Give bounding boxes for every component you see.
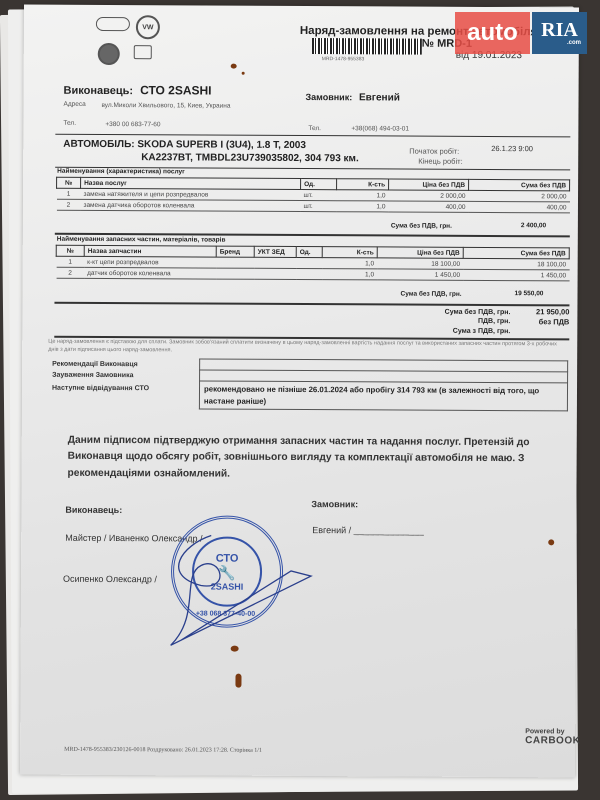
end-label: Кінець робіт: [418, 157, 463, 166]
sum-no-vat-label: Сума без ПДВ, грн. [400, 308, 510, 318]
brand-logos: VW [96, 17, 166, 75]
parts-total-label: Сума без ПДВ, грн. [400, 291, 461, 298]
col-number: № [57, 177, 81, 188]
recommendation-row: Наступне відвідування СТО рекомендовано … [48, 380, 568, 411]
contractor-name: СТО 2SASHI [140, 83, 211, 97]
sum-no-vat: 21 950,00 [512, 307, 569, 317]
grand-total-values: 21 950,00 без ПДВ [512, 307, 569, 328]
work-order-document: VW Наряд-замовлення на ремонт автомобіля… [20, 5, 579, 778]
vehicle-line2: KA2237BT, TMBDL23U739035802, 304 793 км. [141, 152, 359, 164]
print-info: MRD-1478-955383/230126-0018 Роздруковано… [64, 747, 262, 754]
recommendations-table: Рекомендації Виконавця Зауваження Замовн… [48, 358, 568, 412]
address-value: вул.Миколи Хвильового, 15, Киев, Украина [101, 102, 230, 110]
stain [231, 64, 237, 69]
parts-section-title: Найменування запасних частин, матеріалів… [57, 236, 226, 244]
contractor-label: Виконавець: [64, 85, 134, 97]
customer-name: Евгений [359, 92, 400, 103]
col-price: Ціна без ПДВ [377, 247, 463, 258]
contractor-block: Виконавець: СТО 2SASHI [64, 83, 212, 98]
parts-total: 19 550,00 [514, 290, 543, 297]
payment-notice: Це наряд-замовлення є підставою для спла… [48, 338, 568, 357]
parts-table: № Назва запчастин Бренд УКТ ЗЕД Од. К-ст… [56, 245, 570, 282]
col-qty: К-сть [322, 247, 377, 258]
confirmation-text: Даним підписом підтверджую отримання зап… [68, 433, 578, 485]
sum-with-vat-label: Сума з ПДВ, грн. [400, 326, 510, 336]
autoria-watermark-ria: RIA .com [532, 12, 587, 54]
divider [55, 134, 570, 138]
grand-total-labels: Сума без ПДВ, грн. ПДВ, грн. Сума з ПДВ,… [400, 308, 510, 337]
stain [242, 72, 245, 75]
customer-block: Замовник: Евгений [306, 92, 400, 103]
vw-logo-icon: VW [136, 15, 160, 39]
divider [54, 302, 569, 307]
contractor-phone: +380 00 683-77-60 [105, 121, 160, 128]
ria-domain: .com [567, 40, 581, 46]
col-sum: Сума без ПДВ [463, 247, 569, 259]
services-table: № Назва послуг Од. К-сть Ціна без ПДВ Су… [56, 177, 570, 214]
col-qty: К-сть [337, 179, 389, 190]
vehicle-line1: АВТОМОБІЛЬ: SKODA SUPERB I (3U4), 1.8 T,… [63, 139, 306, 151]
services-section-title: Найменування (характеристика) послуг [57, 168, 185, 176]
customer-phone-label: Тел. [308, 125, 321, 132]
powered-by: Powered by CARBOOK [525, 728, 580, 746]
col-ukt-zed: УКТ ЗЕД [254, 246, 296, 257]
services-total-label: Сума без ПДВ, грн. [391, 222, 452, 229]
customer-phone: +38(068) 494-03-01 [351, 125, 409, 132]
carbook-logo: CARBOOK [525, 735, 580, 746]
col-sum: Сума без ПДВ [469, 179, 570, 191]
col-price: Ціна без ПДВ [389, 179, 469, 190]
start-value: 26.1.23 9:00 [491, 144, 533, 153]
table-row: 2 датчик оборотов коленвала 1,0 1 450,00… [56, 267, 569, 281]
table-row: 2 замена датчика оборотов коленвала шт. … [56, 199, 569, 213]
start-label: Початок робіт: [409, 147, 459, 156]
vat-label: ПДВ, грн. [400, 317, 510, 327]
services-total: 2 400,00 [521, 222, 546, 229]
stain [231, 646, 239, 652]
col-unit: Од. [296, 246, 322, 257]
audi-logo-icon [96, 17, 130, 31]
col-brand: Бренд [216, 246, 254, 257]
col-unit: Од. [301, 179, 337, 190]
skoda-logo-icon [98, 43, 120, 65]
barcode-text: MRD-1478-955383 [322, 56, 365, 62]
customer-signature-label: Замовник: [311, 499, 358, 509]
vat-value: без ПДВ [512, 317, 569, 327]
seat-logo-icon [134, 45, 152, 59]
barcode [312, 38, 422, 55]
autoria-watermark-auto: auto [455, 12, 530, 54]
signature-scribble [141, 525, 342, 656]
col-part-name: Назва запчастин [84, 245, 216, 257]
contractor-signature-label: Виконавець: [65, 505, 122, 515]
contractor-phone-label: Тел. [63, 120, 76, 127]
customer-label: Замовник: [306, 92, 353, 102]
ria-logo-text: RIA [541, 20, 578, 40]
stain [235, 674, 241, 688]
col-number: № [56, 245, 84, 256]
address-label: Адреса [63, 101, 85, 108]
stain [548, 539, 554, 545]
